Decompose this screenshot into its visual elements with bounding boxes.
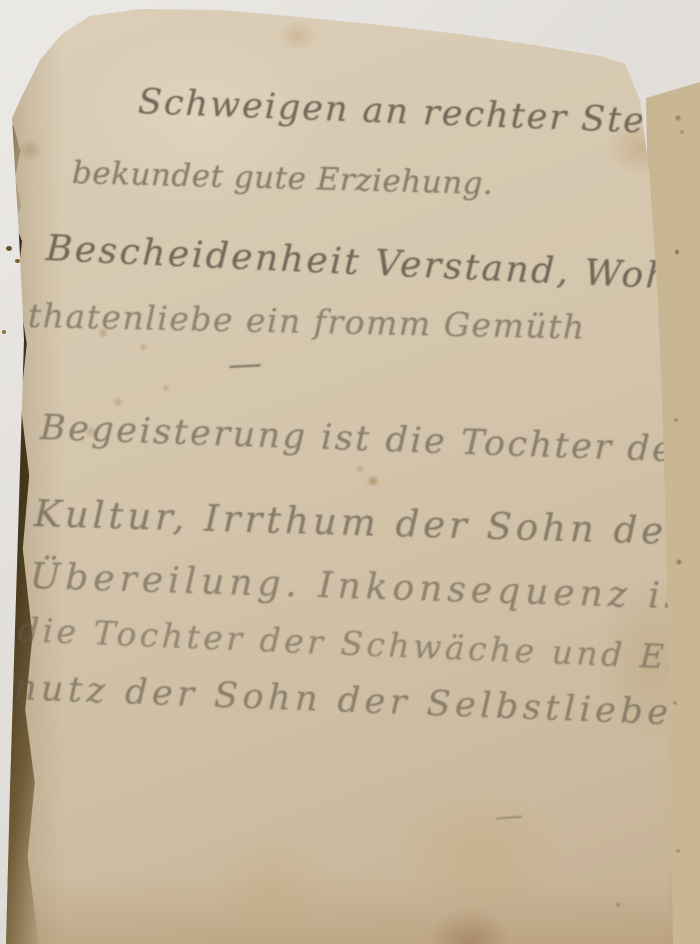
handwritten-line-2: bekundet gute Erziehung. [72,155,494,202]
pencil-dash-faint: — [494,798,524,833]
manuscript-page: Schweigen an rechter Stelle bekundet gut… [0,0,700,944]
paper-debris-speck [15,259,20,263]
handwriting-layer: Schweigen an rechter Stelle bekundet gut… [0,0,700,944]
paper-debris-speck [6,246,12,251]
handwritten-line-4: thatenliebe ein fromm Gemüth [28,296,586,347]
handwritten-line-1: Schweigen an rechter Stelle [137,82,696,143]
handwritten-line-3: Bescheidenheit Verstand, Wohl- [45,228,700,299]
paper-debris-speck [2,330,6,334]
handwritten-line-8: die Tochter der Schwäche und Eigen- [17,610,700,680]
handwritten-line-6: Kultur, Irrthum der Sohn der [33,492,689,553]
pencil-dash: — [227,343,263,385]
handwritten-line-9: nutz der Sohn der Selbstliebe. [13,668,689,734]
photo-frame: Schweigen an rechter Stelle bekundet gut… [0,0,700,944]
handwritten-line-7: Übereilung. Inkonsequenz ist [29,556,700,618]
handwritten-line-5: Begeisterung ist die Tochter der [39,408,695,471]
